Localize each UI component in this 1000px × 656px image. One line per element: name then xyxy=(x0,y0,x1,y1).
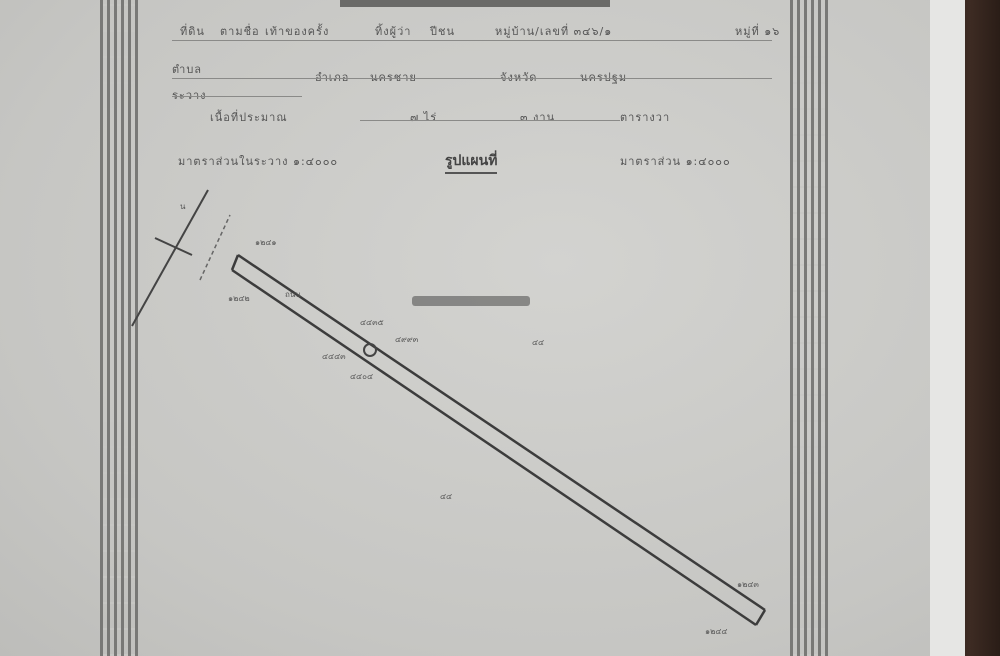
north-label: น xyxy=(180,200,185,213)
marker-label: ๔๔๔๓ xyxy=(322,350,346,363)
plot-boundary-end xyxy=(756,610,765,625)
marker-label: ๔๔๐๔ xyxy=(350,370,373,383)
corner-label: ๑๒๔๔ xyxy=(705,625,727,638)
plot-boundary-top xyxy=(238,255,765,610)
plot-number: ๔๔ xyxy=(532,336,544,349)
corner-label: ๑๒๔๑ xyxy=(255,236,276,249)
marker-label: ๔๔๓๕ xyxy=(360,316,384,329)
marker-label: ๔๙๙๓ xyxy=(395,333,418,346)
plot-map xyxy=(0,0,930,656)
corner-label: ๑๒๔๒ xyxy=(228,292,250,305)
dimension-line xyxy=(200,215,230,280)
north-arrow-line xyxy=(132,190,208,326)
road-label: ถนน xyxy=(285,288,301,301)
plot-boundary-bottom xyxy=(232,270,756,625)
survey-marker xyxy=(364,344,376,356)
plot-number: ๔๔ xyxy=(440,490,452,503)
road-label-smudge xyxy=(412,296,530,306)
plot-boundary-start xyxy=(232,255,238,270)
corner-label: ๑๒๔๓ xyxy=(737,578,759,591)
land-deed-page: ที่ดิน ตามชื่อ เท้าของครั้ง ทิ้งผู้ว่า ป… xyxy=(0,0,930,656)
